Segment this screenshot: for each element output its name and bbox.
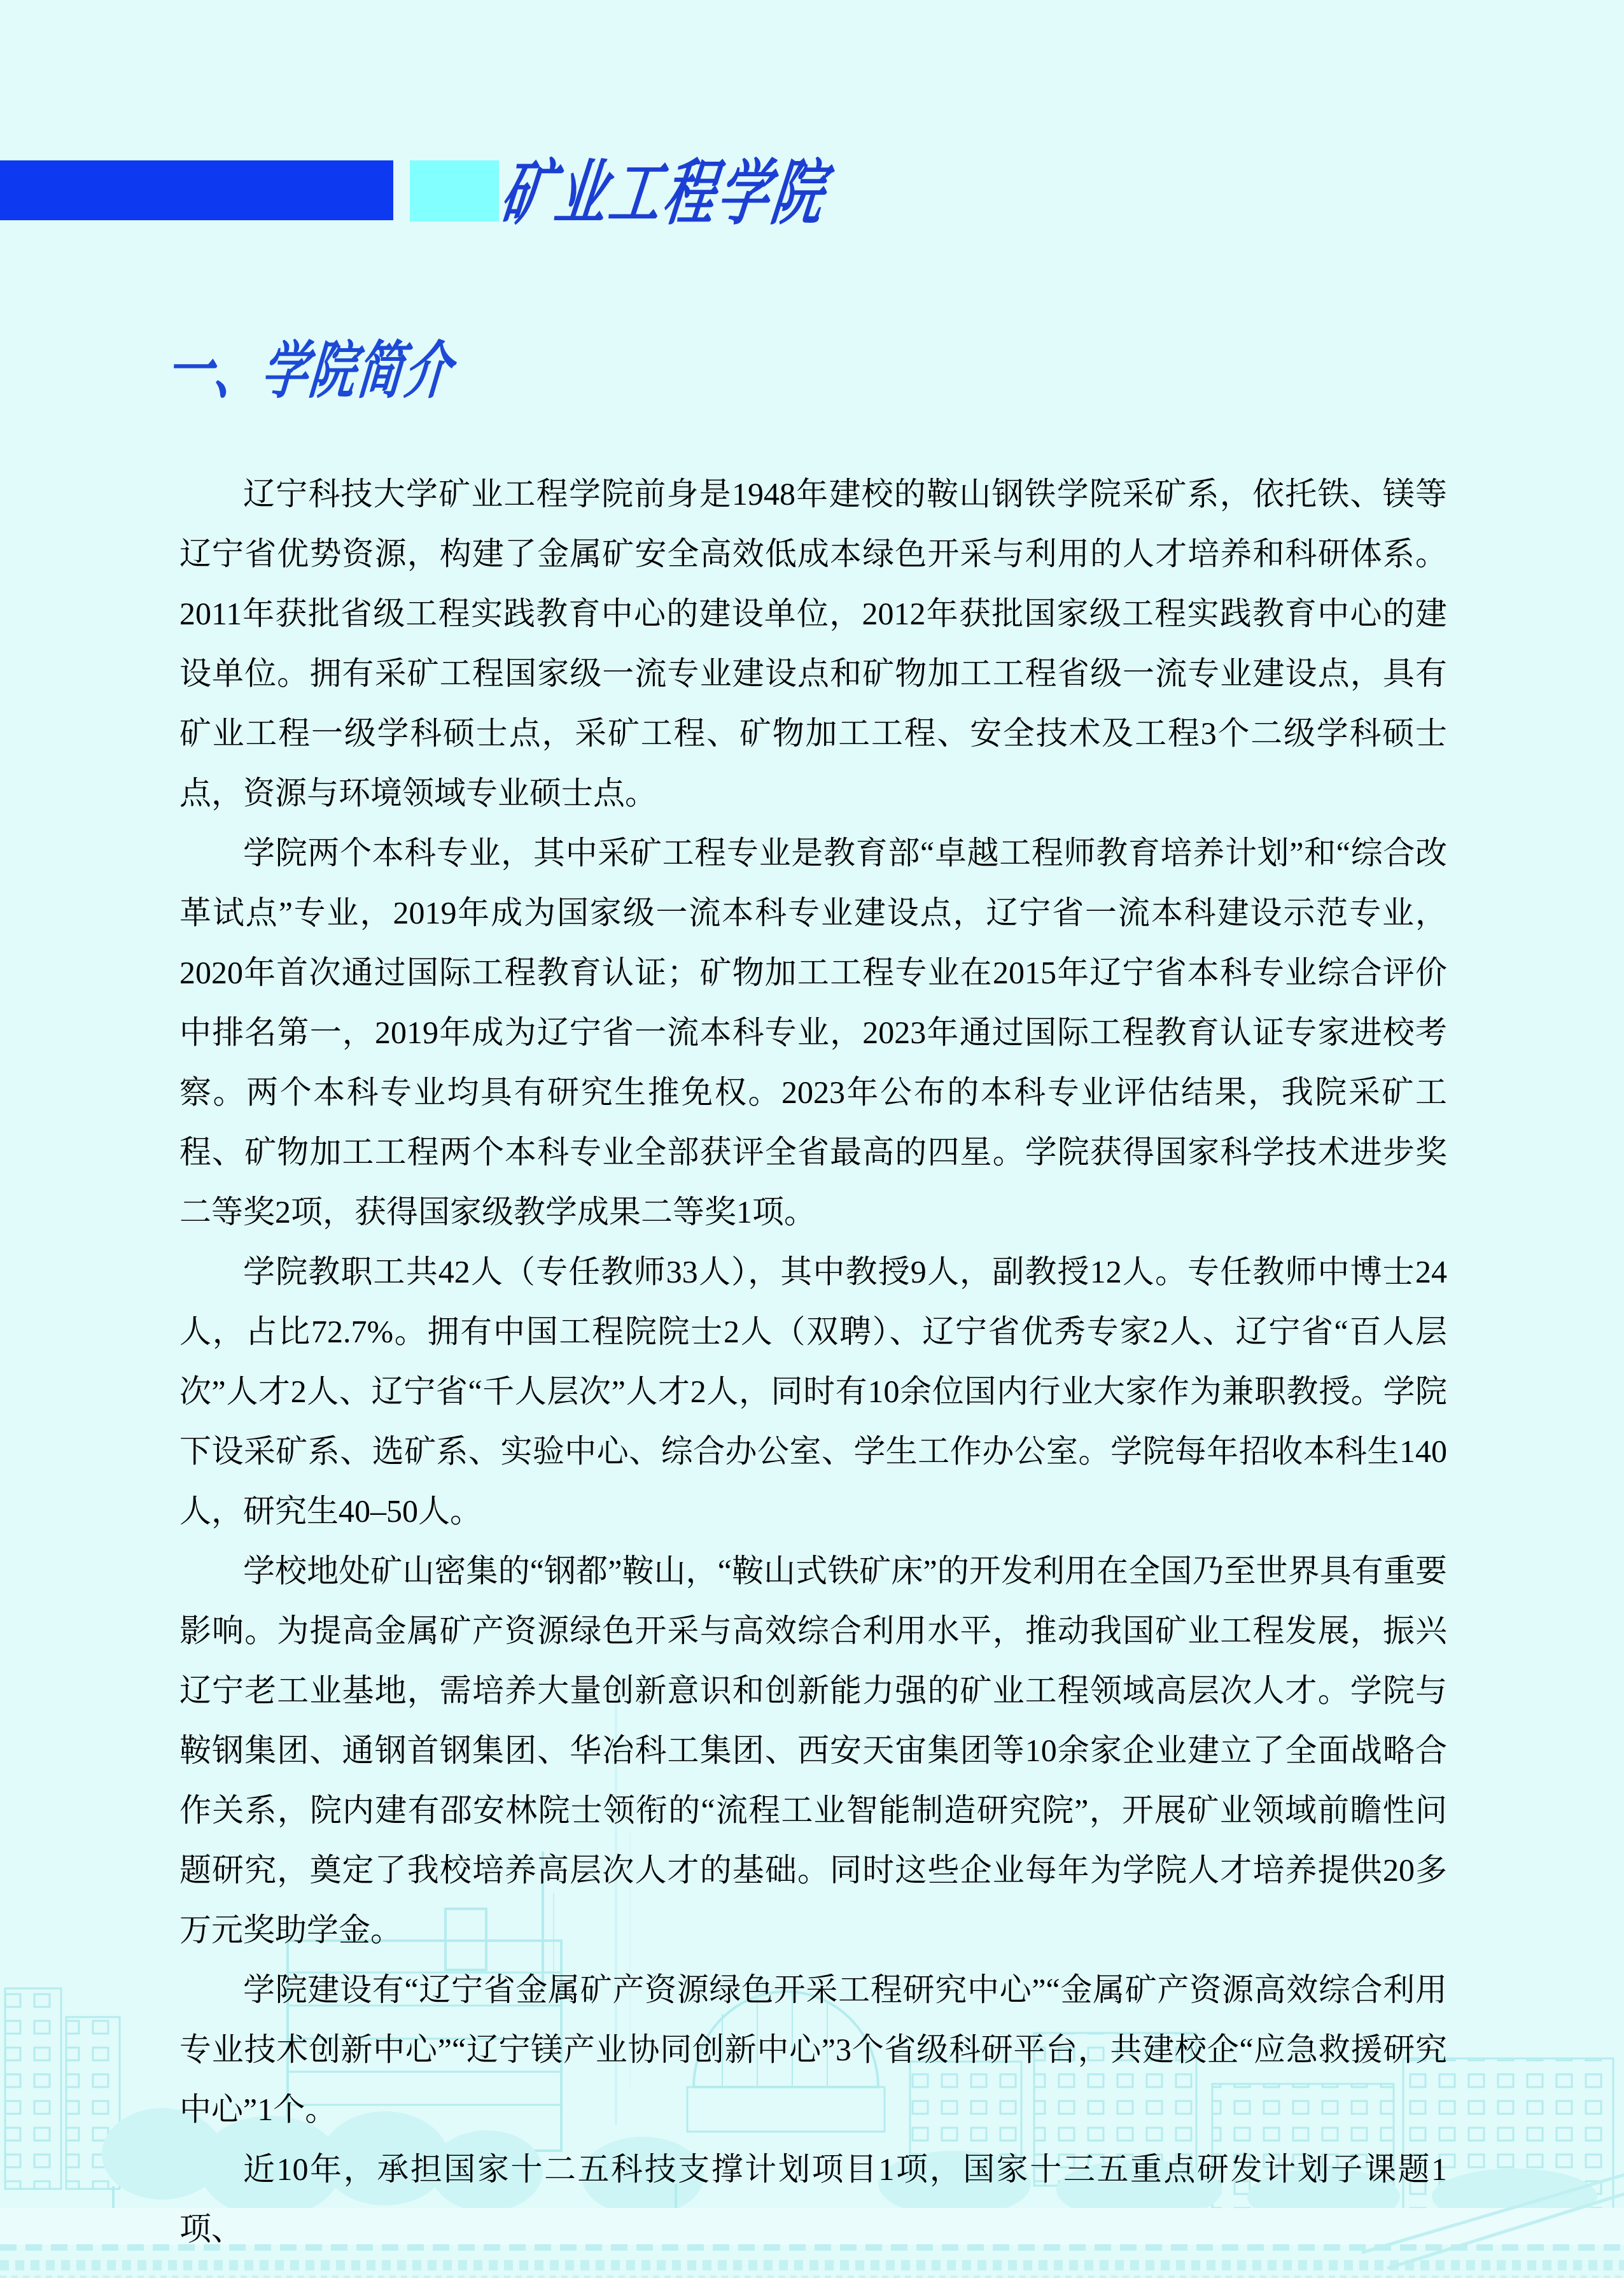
college-title: 矿业工程学院 xyxy=(496,151,832,237)
intro-paragraph: 学院建设有“辽宁省金属矿产资源绿色开采工程研究中心”“金属矿产资源高效综合利用专… xyxy=(179,1960,1447,2139)
intro-paragraph: 近10年，承担国家十二五科技支撑计划项目1项，国家十三五重点研发计划子课题1项、 xyxy=(179,2139,1447,2259)
intro-paragraph: 学校地处矿山密集的“钢都”鞍山，“鞍山式铁矿床”的开发利用在全国乃至世界具有重要… xyxy=(179,1541,1447,1960)
intro-paragraph: 学院教职工共42人（专任教师33人），其中教授9人，副教授12人。专任教师中博士… xyxy=(179,1242,1447,1541)
section-heading: 一、学院简介 xyxy=(163,336,456,408)
brochure-page: 矿业工程学院 一、学院简介 辽宁科技大学矿业工程学院前身是1948年建校的鞍山钢… xyxy=(0,0,1624,2278)
header-accent-square xyxy=(410,160,499,221)
intro-paragraph: 辽宁科技大学矿业工程学院前身是1948年建校的鞍山钢铁学院采矿系，依托铁、镁等辽… xyxy=(179,464,1447,823)
intro-body: 辽宁科技大学矿业工程学院前身是1948年建校的鞍山钢铁学院采矿系，依托铁、镁等辽… xyxy=(179,464,1447,2259)
intro-paragraph: 学院两个本科专业，其中采矿工程专业是教育部“卓越工程师教育培养计划”和“综合改革… xyxy=(179,823,1447,1242)
header-blue-bar xyxy=(0,160,393,220)
